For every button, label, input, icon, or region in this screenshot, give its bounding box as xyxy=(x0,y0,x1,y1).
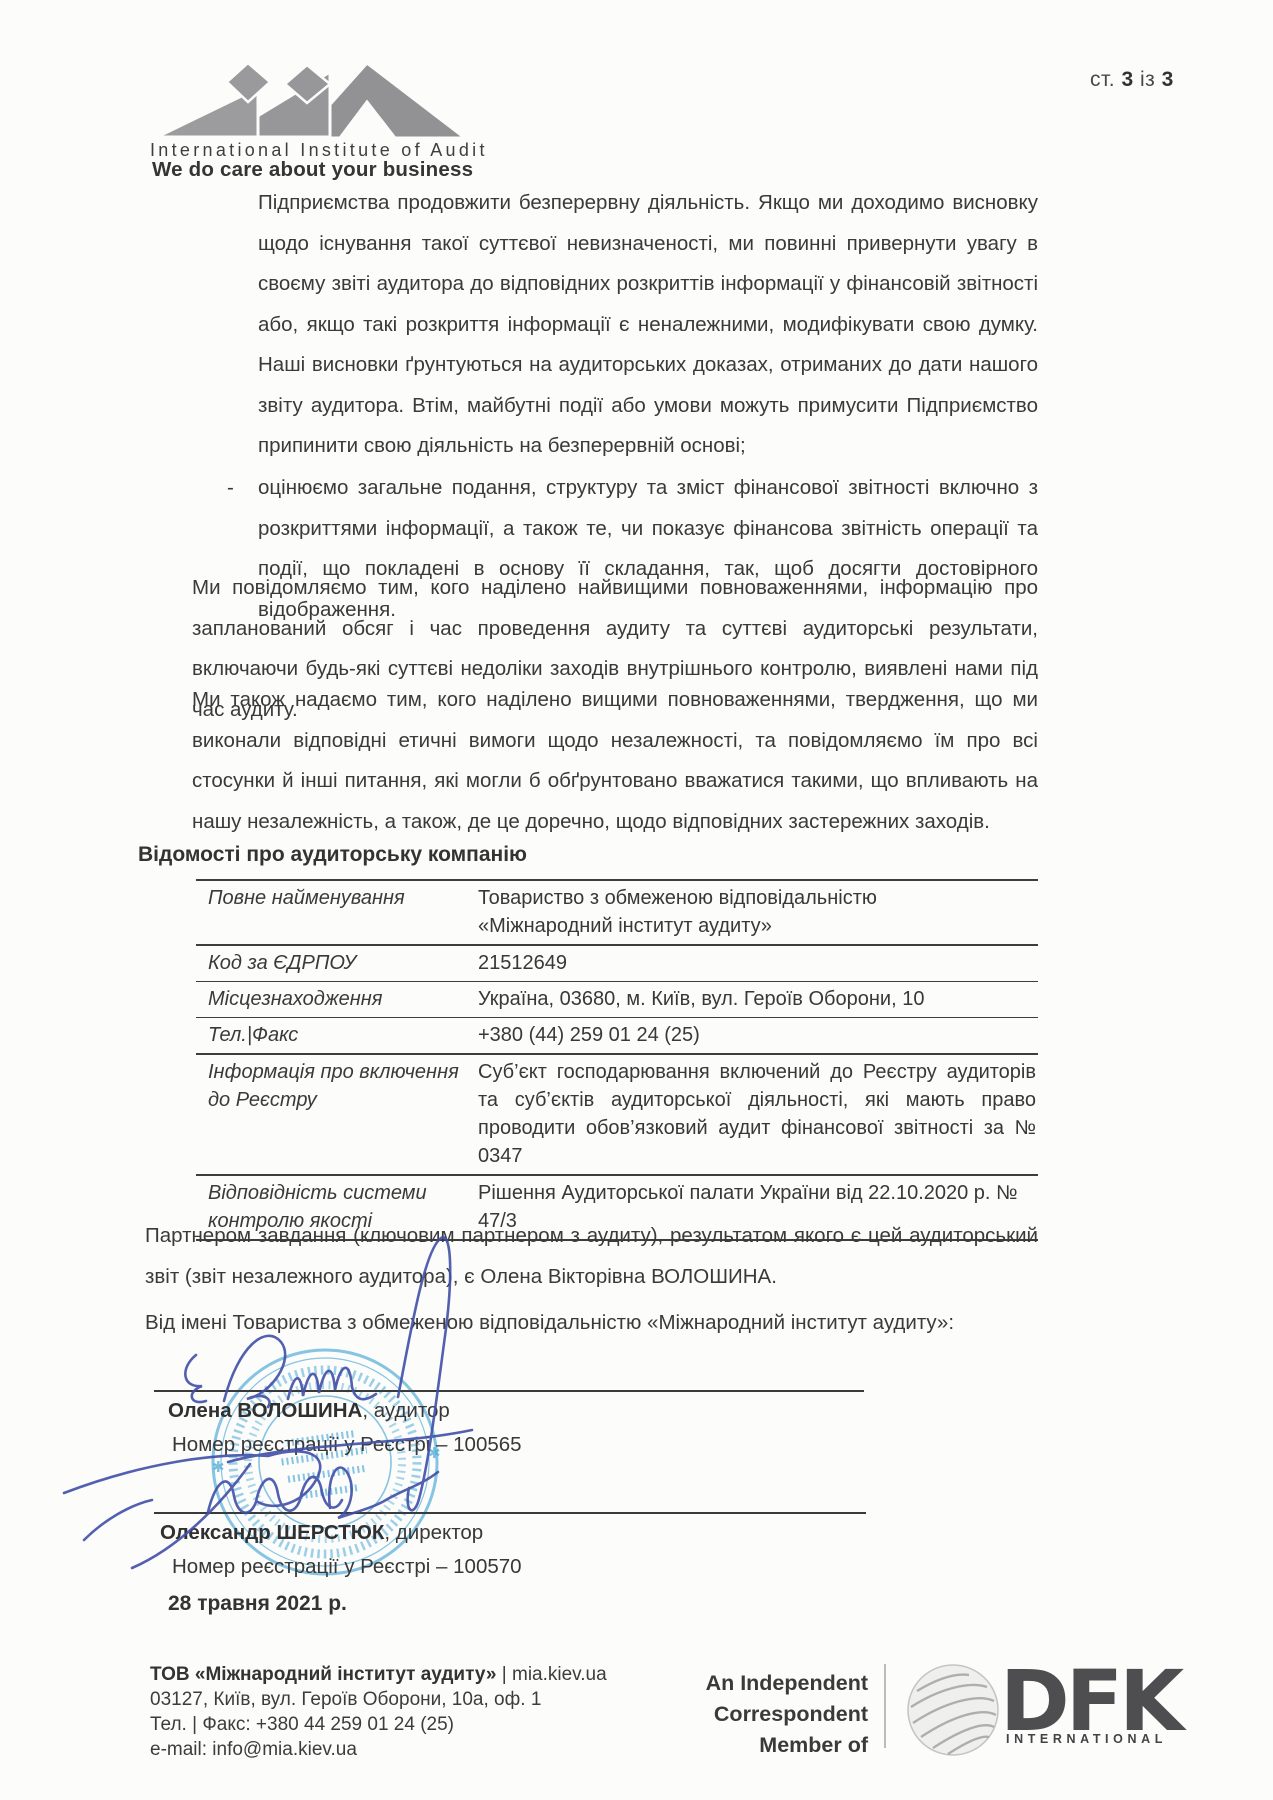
footer-phone: Тел. | Факс: +380 44 259 01 24 (25) xyxy=(150,1712,607,1737)
membership-line: Correspondent xyxy=(640,1699,868,1730)
logo-tagline: We do care about your business xyxy=(152,158,473,182)
table-row: Інформація про включення до Реєстру Суб’… xyxy=(196,1055,1038,1176)
company-info-table: Повне найменування Товариство з обмежено… xyxy=(196,879,1038,1241)
table-value: Україна, 03680, м. Київ, вул. Героїв Обо… xyxy=(478,982,1038,1017)
table-label: Інформація про включення до Реєстру xyxy=(196,1055,478,1174)
table-value: 21512649 xyxy=(478,946,1038,981)
globe-icon xyxy=(903,1663,1003,1757)
paragraph-going-concern: Підприємства продовжити безперервну діял… xyxy=(258,183,1038,467)
membership-line: Member of xyxy=(640,1730,868,1761)
footer-company-name: ТОВ «Міжнародний інститут аудиту» xyxy=(150,1664,497,1685)
page-number-current: 3 xyxy=(1121,68,1133,91)
membership-statement: An Independent Correspondent Member of xyxy=(640,1668,868,1761)
footer-website: | mia.kiev.ua xyxy=(502,1664,607,1685)
footer-contact-block: ТОВ «Міжнародний інститут аудиту» | mia.… xyxy=(150,1662,607,1762)
table-label: Повне найменування xyxy=(196,881,478,944)
table-label: Місцезнаходження xyxy=(196,982,478,1017)
footer-email: e-mail: info@mia.kiev.ua xyxy=(150,1737,607,1762)
table-row: Код за ЄДРПОУ 21512649 xyxy=(196,946,1038,982)
document-page: ст. 3 із 3 International Institute of Au… xyxy=(0,0,1273,1800)
page-number-total: 3 xyxy=(1162,68,1174,91)
page-number: ст. 3 із 3 xyxy=(1090,68,1174,92)
paragraph-ethics: Ми також надаємо тим, кого наділено вищи… xyxy=(192,680,1038,842)
table-value: Товариство з обмеженою відповідальністю … xyxy=(478,881,1038,944)
footer-divider xyxy=(884,1664,886,1748)
page-number-prefix: ст. xyxy=(1090,68,1115,91)
dfk-logo-subtitle: INTERNATIONAL xyxy=(1006,1732,1174,1746)
table-row: Повне найменування Товариство з обмежено… xyxy=(196,881,1038,946)
table-label: Код за ЄДРПОУ xyxy=(196,946,478,981)
bullet-dash: - xyxy=(227,468,234,509)
table-value: Суб’єкт господарювання включений до Реєс… xyxy=(478,1055,1038,1174)
table-value: +380 (44) 259 01 24 (25) xyxy=(478,1018,1038,1053)
table-row: Місцезнаходження Україна, 03680, м. Київ… xyxy=(196,982,1038,1018)
table-label: Тел.|Факс xyxy=(196,1018,478,1053)
table-row: Тел.|Факс +380 (44) 259 01 24 (25) xyxy=(196,1018,1038,1055)
membership-line: An Independent xyxy=(640,1668,868,1699)
handwritten-signatures xyxy=(40,1190,660,1610)
footer-address: 03127, Київ, вул. Героїв Оборони, 10а, о… xyxy=(150,1687,607,1712)
footer-company-line: ТОВ «Міжнародний інститут аудиту» | mia.… xyxy=(150,1662,607,1687)
page-number-separator: із xyxy=(1140,68,1155,91)
iia-logo-icon xyxy=(148,60,468,140)
section-heading-company-info: Відомості про аудиторську компанію xyxy=(138,843,527,867)
